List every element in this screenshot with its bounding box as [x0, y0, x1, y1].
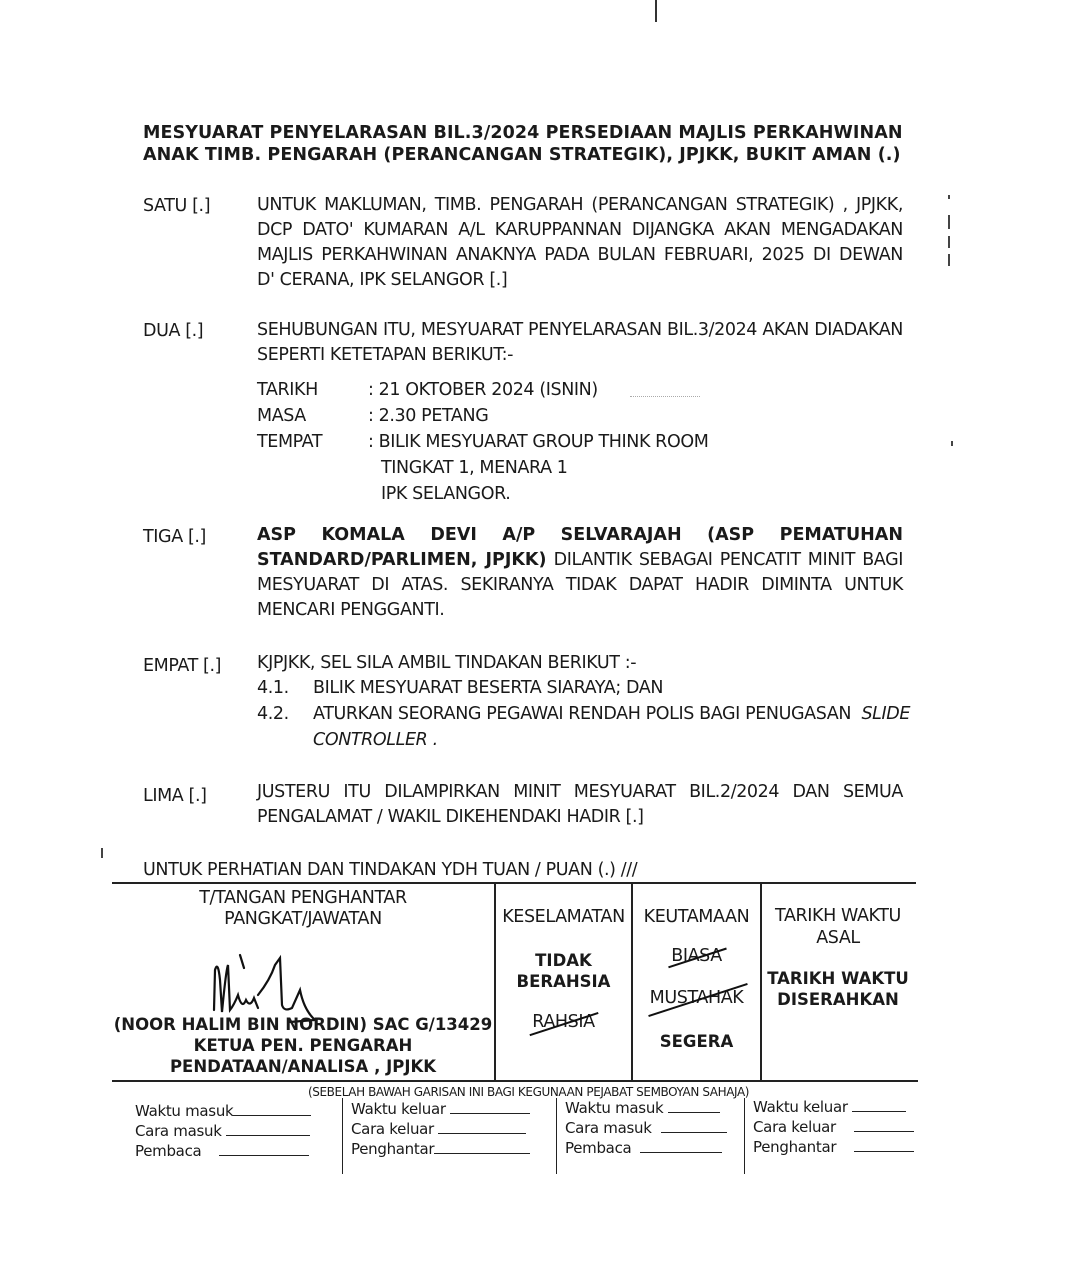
office-divider-3 [744, 1098, 745, 1174]
item-4-2-line-1: ATURKAN SEORANG PEGAWAI RENDAH POLIS BAG… [313, 704, 910, 724]
table-top-border [112, 882, 916, 884]
field-blank[interactable] [854, 1117, 914, 1132]
closing-line: UNTUK PERHATIAN DAN TINDAKAN YDH TUAN / … [143, 860, 637, 880]
priority-struck-1: BIASA [633, 946, 760, 966]
security-selected: TIDAK BERAHSIA [496, 950, 631, 992]
lima-line-2: PENGALAMAT / WAKIL DIKEHENDAKI HADIR [.] [257, 805, 903, 830]
scan-mark-right [948, 236, 950, 248]
office-col-2: Waktu keluar Cara keluar Penghantar [351, 1099, 530, 1159]
scan-mark-top [655, 0, 657, 22]
col4-bold: TARIKH WAKTU DISERAHKAN [762, 968, 914, 1010]
section-satu-body: UNTUK MAKLUMAN, TIMB. PENGARAH (PERANCAN… [257, 193, 903, 293]
detail-key-tempat: TEMPAT [257, 432, 322, 452]
field-blank[interactable] [226, 1121, 310, 1136]
item-4-2-num: 4.2. [257, 704, 289, 724]
item-4-2-text: ATURKAN SEORANG PEGAWAI RENDAH POLIS BAG… [313, 704, 851, 724]
detail-value-tarikh: : 21 OKTOBER 2024 (ISNIN) [368, 380, 598, 400]
field-blank[interactable] [438, 1119, 526, 1134]
field-label: Pembaca [135, 1142, 201, 1160]
field-blank[interactable] [640, 1138, 722, 1153]
tiga-line-4: MENCARI PENGGANTI. [257, 598, 903, 623]
office-field[interactable]: Penghantar [351, 1139, 530, 1159]
title-line-2: ANAK TIMB. PENGARAH (PERANCANGAN STRATEG… [143, 144, 903, 166]
field-label: Cara keluar [753, 1118, 836, 1136]
security-selected-line-2: BERAHSIA [496, 971, 631, 992]
office-field[interactable]: Waktu masuk [135, 1101, 311, 1121]
office-col-3: Waktu masuk Cara masuk Pembaca [565, 1098, 727, 1158]
item-4-2-line-2: CONTROLLER . [313, 730, 438, 750]
field-blank[interactable] [852, 1097, 906, 1112]
section-label-satu: SATU [.] [143, 196, 210, 216]
office-divider-1 [342, 1098, 343, 1174]
priority-struck-mustahak: MUSTAHAK [650, 988, 744, 1008]
office-field[interactable]: Pembaca [135, 1141, 311, 1161]
lima-line-1: JUSTERU ITU DILAMPIRKAN MINIT MESYUARAT … [257, 780, 903, 805]
field-label: Waktu masuk [135, 1102, 233, 1120]
field-blank[interactable] [854, 1137, 914, 1152]
venue-line-3: IPK SELANGOR. [381, 484, 510, 504]
office-field[interactable]: Cara masuk [565, 1118, 727, 1138]
col4-bold-line-2: DISERAHKAN [762, 989, 914, 1010]
col2-header: KESELAMATAN [496, 907, 631, 927]
security-struck-rahsia: RAHSIA [532, 1012, 594, 1032]
item-4-2-italic: SLIDE [861, 704, 910, 724]
item-4-1-text: BILIK MESYUARAT BESERTA SIARAYA; DAN [313, 678, 663, 698]
document-title: MESYUARAT PENYELARASAN BIL.3/2024 PERSED… [143, 122, 903, 166]
satu-line-3: MAJLIS PERKAHWINAN ANAKNYA PADA BULAN FE… [257, 243, 903, 268]
venue-line-2: TINGKAT 1, MENARA 1 [381, 458, 568, 478]
field-label: Penghantar [753, 1138, 836, 1156]
empat-intro: KJPJKK, SEL SILA AMBIL TINDAKAN BERIKUT … [257, 653, 636, 673]
field-blank[interactable] [434, 1139, 530, 1154]
field-blank[interactable] [450, 1099, 530, 1114]
office-col-1: Waktu masuk Cara masuk Pembaca [135, 1101, 311, 1161]
col1-header-line-2: PANGKAT/JAWATAN [112, 909, 494, 930]
signatory-name: (NOOR HALIM BIN NORDIN) SAC G/13429 [112, 1014, 494, 1035]
detail-value-masa: : 2.30 PETANG [368, 406, 488, 426]
field-label: Penghantar [351, 1140, 434, 1158]
table-bottom-border [112, 1080, 918, 1082]
title-line-1: MESYUARAT PENYELARASAN BIL.3/2024 PERSED… [143, 122, 903, 144]
priority-selected: SEGERA [633, 1032, 760, 1051]
field-label: Waktu keluar [753, 1098, 848, 1116]
office-divider-2 [556, 1098, 557, 1174]
section-lima-body: JUSTERU ITU DILAMPIRKAN MINIT MESYUARAT … [257, 780, 903, 830]
section-label-empat: EMPAT [.] [143, 656, 221, 676]
col4-header-line-1: TARIKH WAKTU [762, 905, 914, 927]
tiga-bold-line-2: STANDARD/PARLIMEN, JPJKK) [257, 550, 546, 570]
signatory-block: (NOOR HALIM BIN NORDIN) SAC G/13429 KETU… [112, 1014, 494, 1077]
field-blank[interactable] [668, 1098, 720, 1113]
office-field[interactable]: Cara masuk [135, 1121, 311, 1141]
section-label-lima: LIMA [.] [143, 786, 207, 806]
office-field[interactable]: Penghantar [753, 1137, 914, 1157]
office-field[interactable]: Cara keluar [351, 1119, 530, 1139]
security-struck: RAHSIA [496, 1012, 631, 1032]
tiga-bold-line-1: ASP KOMALA DEVI A/P SELVARAJAH (ASP PEMA… [257, 523, 903, 548]
col1-header-line-1: T/TANGAN PENGHANTAR [112, 888, 494, 909]
field-label: Waktu masuk [565, 1099, 663, 1117]
scan-mark-right [948, 254, 950, 266]
scan-mark-right [948, 215, 950, 229]
signatory-title-2: PENDATAAN/ANALISA , JPJKK [112, 1056, 494, 1077]
col1-header: T/TANGAN PENGHANTAR PANGKAT/JAWATAN [112, 888, 494, 930]
security-selected-line-1: TIDAK [496, 950, 631, 971]
section-dua-body: SEHUBUNGAN ITU, MESYUARAT PENYELARASAN B… [257, 318, 903, 368]
faint-dots [630, 396, 700, 397]
section-tiga-body: ASP KOMALA DEVI A/P SELVARAJAH (ASP PEMA… [257, 523, 903, 623]
scan-mark-right [951, 441, 953, 446]
office-field[interactable]: Waktu keluar [351, 1099, 530, 1119]
field-blank[interactable] [661, 1118, 727, 1133]
office-field[interactable]: Waktu masuk [565, 1098, 727, 1118]
satu-line-4: D' CERANA, IPK SELANGOR [.] [257, 268, 903, 293]
office-field[interactable]: Waktu keluar [753, 1097, 914, 1117]
col4-header: TARIKH WAKTU ASAL [762, 905, 914, 949]
section-label-dua: DUA [.] [143, 321, 203, 341]
dua-line-1: SEHUBUNGAN ITU, MESYUARAT PENYELARASAN B… [257, 318, 903, 343]
field-label: Cara masuk [565, 1119, 652, 1137]
col4-header-line-2: ASAL [762, 927, 914, 949]
dua-line-2: SEPERTI KETETAPAN BERIKUT:- [257, 343, 903, 368]
item-4-1-num: 4.1. [257, 678, 289, 698]
field-blank[interactable] [233, 1101, 311, 1116]
office-use-note: (SEBELAH BAWAH GARISAN INI BAGI KEGUNAAN… [308, 1085, 749, 1099]
field-label: Waktu keluar [351, 1100, 446, 1118]
detail-key-masa: MASA [257, 406, 306, 426]
field-label: Cara keluar [351, 1120, 434, 1138]
scan-mark-right [948, 195, 950, 199]
col3-header: KEUTAMAAN [633, 907, 760, 927]
office-col-4: Waktu keluar Cara keluar Penghantar [753, 1097, 914, 1157]
office-field[interactable]: Cara keluar [753, 1117, 914, 1137]
priority-struck-2: MUSTAHAK [633, 988, 760, 1008]
section-label-tiga: TIGA [.] [143, 527, 206, 547]
priority-struck-biasa: BIASA [671, 946, 722, 966]
signatory-title-1: KETUA PEN. PENGARAH [112, 1035, 494, 1056]
scan-mark-left [101, 848, 103, 858]
field-label: Cara masuk [135, 1122, 222, 1140]
field-blank[interactable] [219, 1141, 309, 1156]
detail-value-tempat: : BILIK MESYUARAT GROUP THINK ROOM [368, 432, 708, 452]
satu-line-2: DCP DATO' KUMARAN A/L KARUPPANNAN DIJANG… [257, 218, 903, 243]
tiga-line-2-rest: DILANTIK SEBAGAI PENCATIT MINIT BAGI [546, 550, 903, 570]
office-field[interactable]: Pembaca [565, 1138, 727, 1158]
satu-line-1: UNTUK MAKLUMAN, TIMB. PENGARAH (PERANCAN… [257, 193, 903, 218]
col4-bold-line-1: TARIKH WAKTU [762, 968, 914, 989]
detail-key-tarikh: TARIKH [257, 380, 318, 400]
field-label: Pembaca [565, 1139, 631, 1157]
tiga-line-2: STANDARD/PARLIMEN, JPJKK) DILANTIK SEBAG… [257, 548, 903, 573]
tiga-line-3: MESYUARAT DI ATAS. SEKIRANYA TIDAK DAPAT… [257, 573, 903, 598]
